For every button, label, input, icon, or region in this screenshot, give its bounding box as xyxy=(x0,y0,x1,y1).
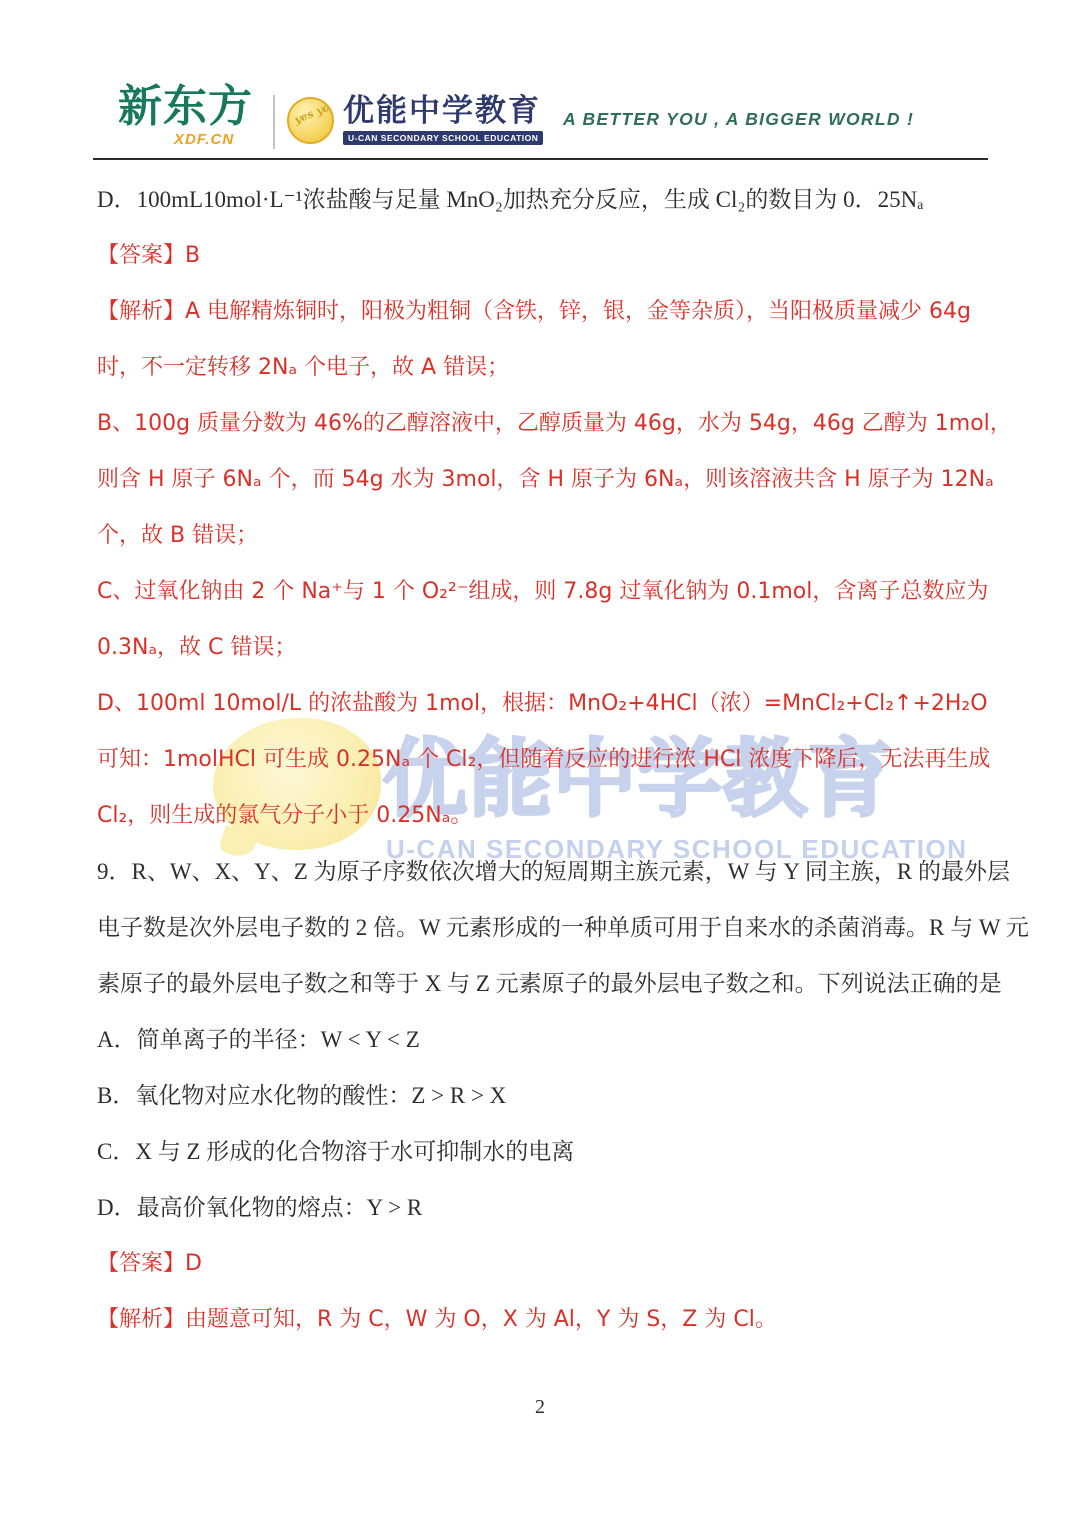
ucan-logo: 优能中学教育 U-CAN SECONDARY SCHOOL EDUCATION xyxy=(343,94,543,145)
answer-9: 【答案】D xyxy=(97,1236,992,1292)
ucan-badge-icon: yes you can xyxy=(287,97,334,144)
ucan-logo-text: 优能中学教育 xyxy=(343,94,543,128)
question-9-stem-line-2: 电子数是次外层电子数的 2 倍。W 元素形成的一种单质可用于自来水的杀菌消毒。R… xyxy=(97,900,992,956)
analysis-8-line-6: C、过氧化钠由 2 个 Na⁺与 1 个 O₂²⁻组成，则 7.8g 过氧化钠为… xyxy=(97,564,992,620)
analysis-8-line-8: D、100ml 10mol/L 的浓盐酸为 1mol，根据：MnO₂+4HCl（… xyxy=(97,676,992,732)
question-9-option-c: C．X 与 Z 形成的化合物溶于水可抑制水的电离 xyxy=(97,1124,992,1180)
answer-8: 【答案】B xyxy=(97,228,992,284)
question-9-option-a: A．简单离子的半径：W < Y < Z xyxy=(97,1012,992,1068)
question-8-option-d: D．100mL10mol·L⁻¹浓盐酸与足量 MnO₂加热充分反应，生成 Cl₂… xyxy=(97,172,992,228)
question-9-stem-line-1: 9．R、W、X、Y、Z 为原子序数依次增大的短周期主族元素，W 与 Y 同主族，… xyxy=(97,844,992,900)
logo-divider xyxy=(273,95,275,149)
question-9-option-d: D．最高价氧化物的熔点：Y > R xyxy=(97,1180,992,1236)
analysis-8-line-9: 可知：1molHCl 可生成 0.25Nₐ 个 Cl₂，但随着反应的进行浓 HC… xyxy=(97,732,992,788)
document-page: 新东方 XDF.CN yes you can 优能中学教育 U-CAN SECO… xyxy=(0,0,1080,1527)
analysis-8-line-3: B、100g 质量分数为 46%的乙醇溶液中，乙醇质量为 46g，水为 54g，… xyxy=(97,396,992,452)
xdf-logo: 新东方 XDF.CN xyxy=(118,84,273,154)
header-slogan: A BETTER YOU , A BIGGER WORLD ! xyxy=(563,109,914,130)
header: 新东方 XDF.CN yes you can 优能中学教育 U-CAN SECO… xyxy=(0,0,1080,165)
xdf-logo-domain: XDF.CN xyxy=(174,131,234,148)
header-rule xyxy=(93,158,988,160)
ucan-logo-subtitle: U-CAN SECONDARY SCHOOL EDUCATION xyxy=(343,131,543,145)
analysis-8-line-4: 则含 H 原子 6Nₐ 个，而 54g 水为 3mol，含 H 原子为 6Nₐ，… xyxy=(97,452,992,508)
question-9-stem-line-3: 素原子的最外层电子数之和等于 X 与 Z 元素原子的最外层电子数之和。下列说法正… xyxy=(97,956,992,1012)
document-body: D．100mL10mol·L⁻¹浓盐酸与足量 MnO₂加热充分反应，生成 Cl₂… xyxy=(97,172,992,1348)
analysis-8-line-1: 【解析】A 电解精炼铜时，阳极为粗铜（含铁，锌，银，金等杂质），当阳极质量减少 … xyxy=(97,284,992,340)
ucan-badge-text: yes you can xyxy=(293,99,334,125)
analysis-9: 【解析】由题意可知，R 为 C，W 为 O，X 为 Al，Y 为 S，Z 为 C… xyxy=(97,1292,992,1348)
question-9-option-b: B．氧化物对应水化物的酸性：Z > R > X xyxy=(97,1068,992,1124)
analysis-8-line-5: 个，故 B 错误； xyxy=(97,508,992,564)
analysis-8-line-7: 0.3Nₐ，故 C 错误； xyxy=(97,620,992,676)
xdf-logo-text: 新东方 xyxy=(118,84,273,130)
analysis-8-line-10: Cl₂，则生成的氯气分子小于 0.25Nₐ。 xyxy=(97,788,992,844)
page-number: 2 xyxy=(0,1396,1080,1419)
analysis-8-line-2: 时，不一定转移 2Nₐ 个电子，故 A 错误； xyxy=(97,340,992,396)
